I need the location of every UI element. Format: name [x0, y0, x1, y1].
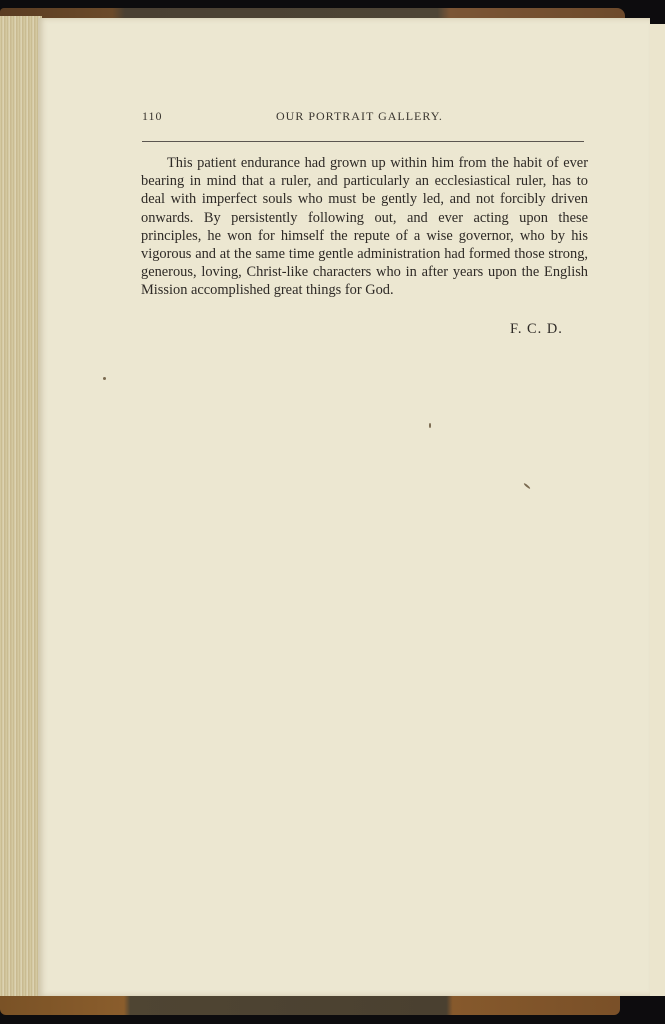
page-edges-stack	[0, 16, 42, 996]
running-head: 110 OUR PORTRAIT GALLERY.	[142, 109, 584, 127]
paper-speck	[429, 423, 431, 428]
book-cover-bottom	[0, 995, 620, 1015]
header-rule	[142, 141, 584, 142]
paper-speck	[103, 377, 106, 380]
running-title: OUR PORTRAIT GALLERY.	[276, 109, 443, 124]
body-paragraph: This patient endurance had grown up with…	[141, 154, 588, 300]
page-number: 110	[142, 109, 163, 124]
author-signature: F. C. D.	[510, 321, 590, 338]
right-page-leaf	[648, 24, 665, 996]
